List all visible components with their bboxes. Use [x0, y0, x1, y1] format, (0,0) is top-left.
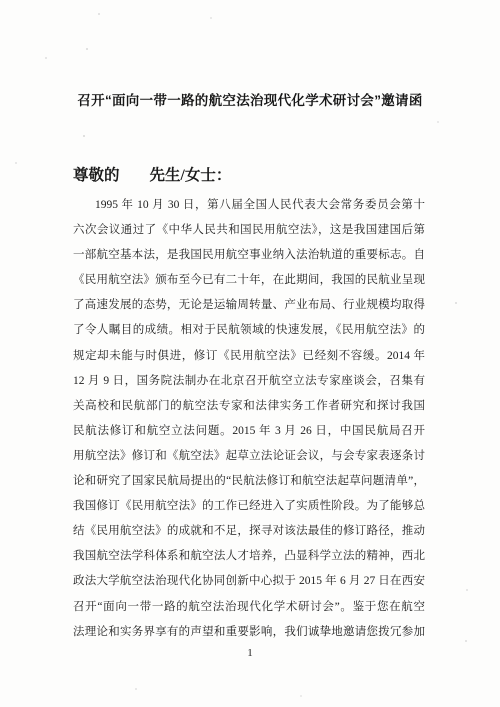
body-line: 12 月 9 日，国务院法制办在北京召开航空立法专家座谈会，召集有 [73, 369, 425, 394]
body-line: 法理论和实务界享有的声望和重要影响，我们诚挚地邀请您拨冗参加 [73, 620, 425, 645]
letter-body: 1995 年 10 月 30 日，第八届全国人民代表大会常务委员会第十 六次会议… [73, 193, 425, 645]
document-title: 召开“面向一带一路的航空法治现代化学术研讨会”邀请函 [0, 89, 500, 109]
body-line: 政法大学航空法治现代化协同创新中心拟于 2015 年 6 月 27 日在西安 [73, 569, 425, 594]
body-line: 1995 年 10 月 30 日，第八届全国人民代表大会常务委员会第十 [73, 193, 425, 218]
body-line: 六次会议通过了《中华人民共和国民用航空法》，这是我国建国后第 [73, 218, 425, 243]
body-line: 民航法修订和航空立法问题。2015 年 3 月 26 日，中国民航局召开《民 [73, 419, 425, 444]
body-line: 我国修订《民用航空法》的工作已经进入了实质性阶段。为了能够总 [73, 494, 425, 519]
body-line: 一部航空基本法，是我国民用航空事业纳入法治轨道的重要标志。自 [73, 243, 425, 268]
body-line: 了高速发展的态势，无论是运输周转量、产业布局、行业规模均取得 [73, 293, 425, 318]
body-line: 关高校和民航部门的航空法专家和法律实务工作者研究和探讨我国 [73, 394, 425, 419]
document-page: 召开“面向一带一路的航空法治现代化学术研讨会”邀请函 尊敬的先生/女士： 199… [0, 0, 500, 707]
body-line: 结《民用航空法》的成就和不足，探寻对该法最佳的修订路径，推动 [73, 519, 425, 544]
body-line: 《民用航空法》颁布至今已有二十年，在此期间，我国的民航业呈现 [73, 268, 425, 293]
salutation-suffix: 先生/女士： [150, 167, 232, 184]
body-line: 规定却未能与时俱进，修订《民用航空法》已经刻不容缓。2014 年 [73, 344, 425, 369]
salutation: 尊敬的先生/女士： [73, 163, 231, 185]
scan-noise-specks [0, 0, 2, 2]
body-line: 我国航空法学科体系和航空法人才培养，凸显科学立法的精神，西北 [73, 544, 425, 569]
body-line: 召开“面向一带一路的航空法治现代化学术研讨会”。鉴于您在航空 [73, 595, 425, 620]
body-line: 了令人瞩目的成绩。相对于民航领域的快速发展，《民用航空法》的 [73, 318, 425, 343]
salutation-prefix: 尊敬的 [73, 167, 120, 184]
page-number: 1 [0, 647, 500, 659]
body-line: 用航空法》修订和《航空法》起草立法论证会议，与会专家表逐条讨 [73, 444, 425, 469]
body-line: 论和研究了国家民航局提出的“民航法修订和航空法起草问题清单”， [73, 469, 425, 494]
